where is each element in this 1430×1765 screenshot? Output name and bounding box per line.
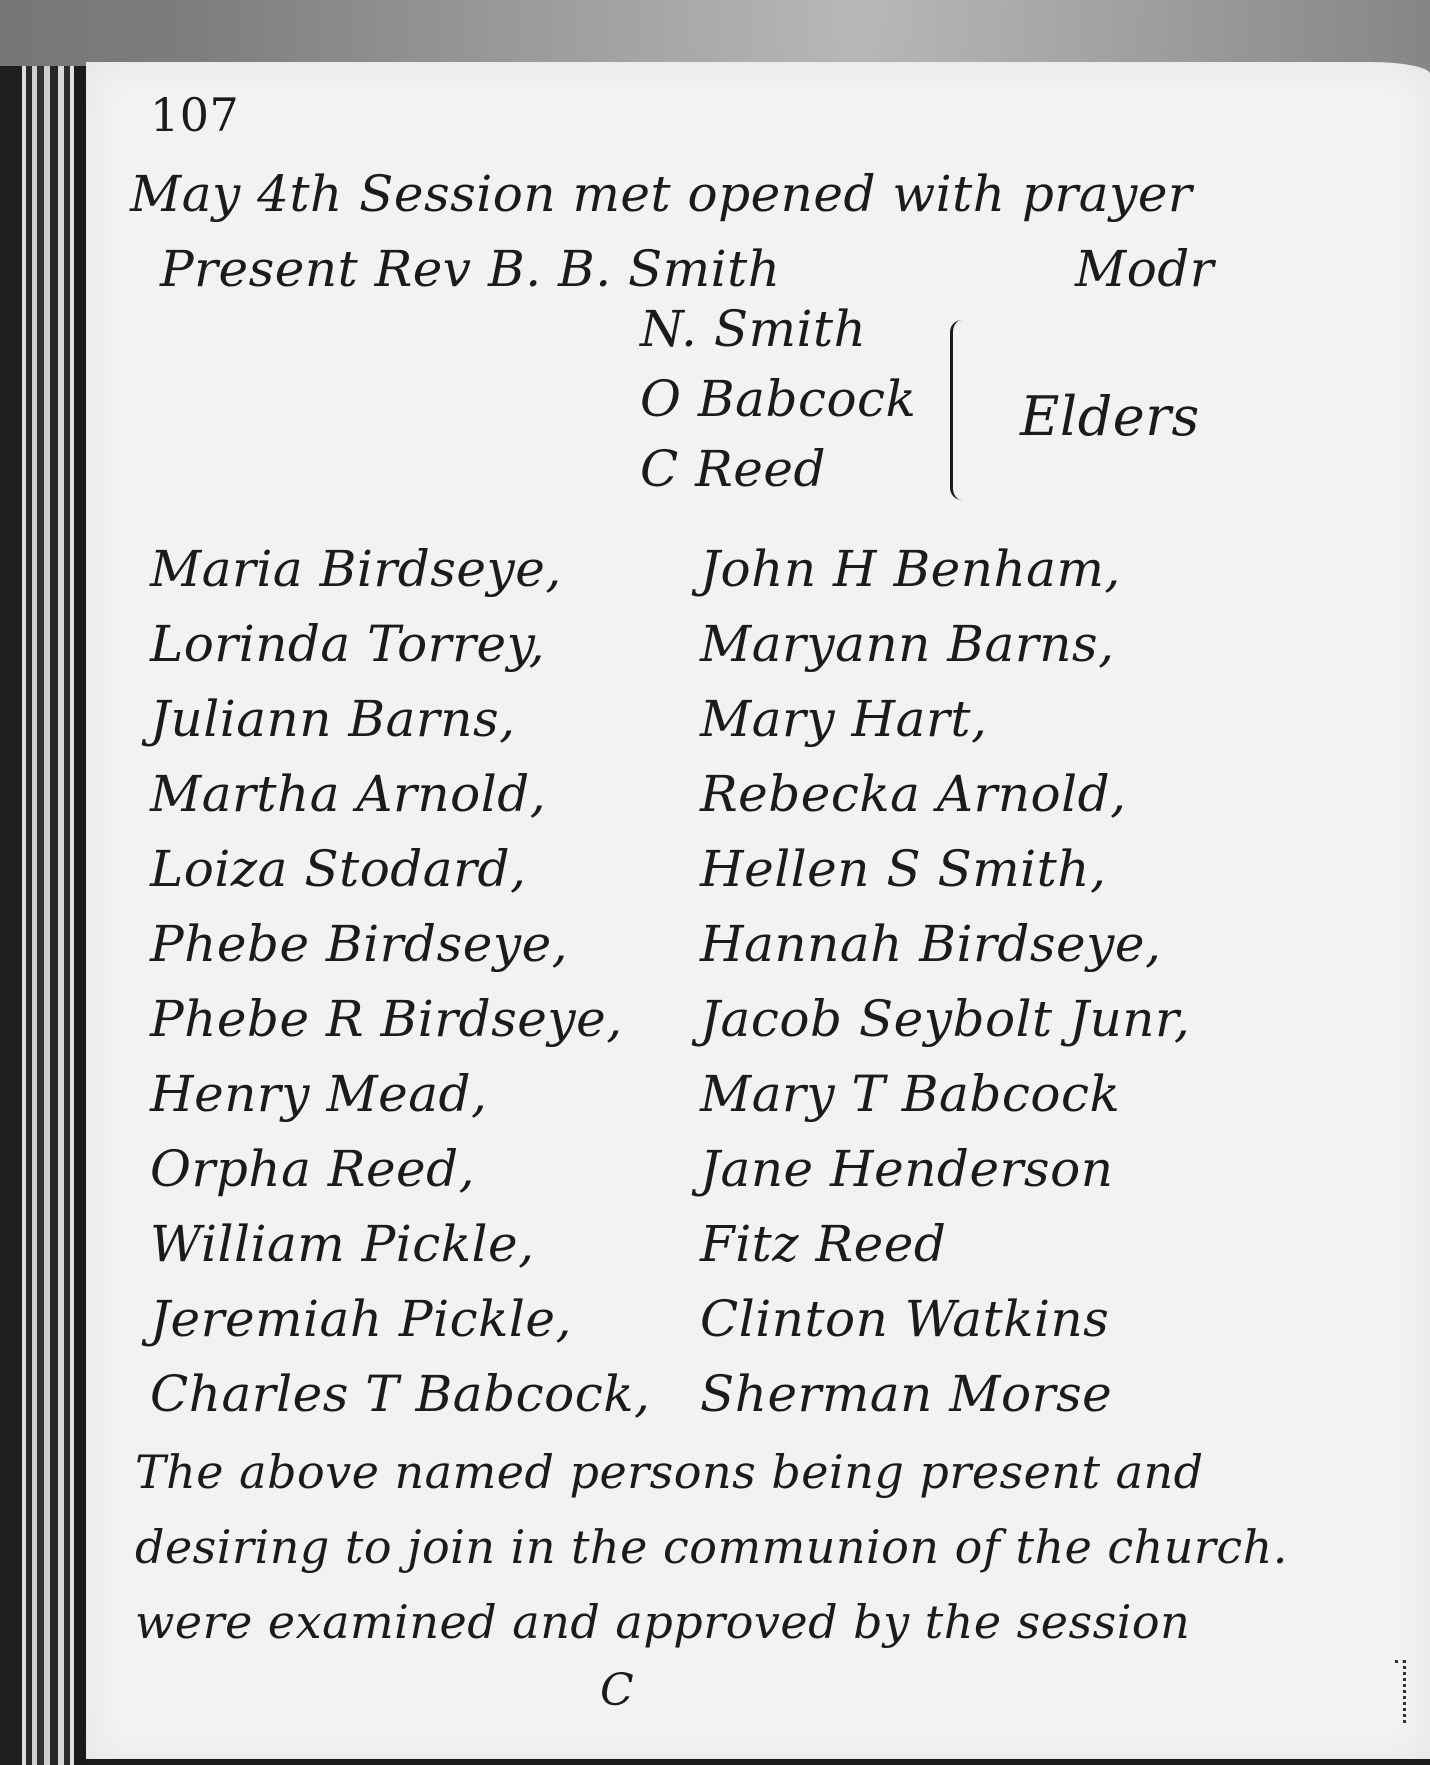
member-name: Martha Arnold, <box>150 765 546 823</box>
minutes-paragraph-line: The above named persons being present an… <box>135 1445 1204 1499</box>
member-name: Loiza Stodard, <box>150 840 526 898</box>
member-name: Jane Henderson <box>700 1140 1113 1198</box>
member-name: Clinton Watkins <box>700 1290 1109 1348</box>
minutes-paragraph-line: desiring to join in the communion of the… <box>135 1520 1288 1574</box>
corner-mark-icon <box>1395 1660 1406 1723</box>
member-name: Hannah Birdseye, <box>700 915 1161 973</box>
member-name: Jacob Seybolt Junr, <box>700 990 1190 1048</box>
minutes-paragraph-line: were examined and approved by the sessio… <box>135 1595 1190 1649</box>
member-name: Phebe R Birdseye, <box>150 990 623 1048</box>
elder-name: C Reed <box>640 440 826 498</box>
elder-name: O Babcock <box>640 370 916 428</box>
member-name: Lorinda Torrey, <box>150 615 545 673</box>
member-name: Fitz Reed <box>700 1215 946 1273</box>
member-name: Phebe Birdseye, <box>150 915 568 973</box>
member-name: Maryann Barns, <box>700 615 1114 673</box>
member-name: Juliann Barns, <box>150 690 516 748</box>
brace-icon <box>950 320 973 500</box>
moderator-label: Modr <box>1075 240 1214 298</box>
elder-name: N. Smith <box>640 300 866 358</box>
present-line: Present Rev B. B. Smith <box>160 240 780 298</box>
member-name: Charles T Babcock, <box>150 1365 650 1423</box>
member-name: Mary Hart, <box>700 690 987 748</box>
member-name: Maria Birdseye, <box>150 540 562 598</box>
member-name: Orpha Reed, <box>150 1140 475 1198</box>
footer-mark: C <box>600 1665 634 1716</box>
page-number: 107 <box>150 88 239 142</box>
member-name: Rebecka Arnold, <box>700 765 1127 823</box>
member-name: Jeremiah Pickle, <box>150 1290 572 1348</box>
member-name: Mary T Babcock <box>700 1065 1120 1123</box>
elders-label: Elders <box>1020 385 1200 448</box>
member-name: Sherman Morse <box>700 1365 1112 1423</box>
member-name: Hellen S Smith, <box>700 840 1106 898</box>
member-name: William Pickle, <box>150 1215 535 1273</box>
member-name: Henry Mead, <box>150 1065 487 1123</box>
page-bottom-edge <box>86 1759 1430 1765</box>
session-header: May 4th Session met opened with prayer <box>130 165 1192 223</box>
book-page-edges <box>0 66 86 1765</box>
member-name: John H Benham, <box>700 540 1121 598</box>
